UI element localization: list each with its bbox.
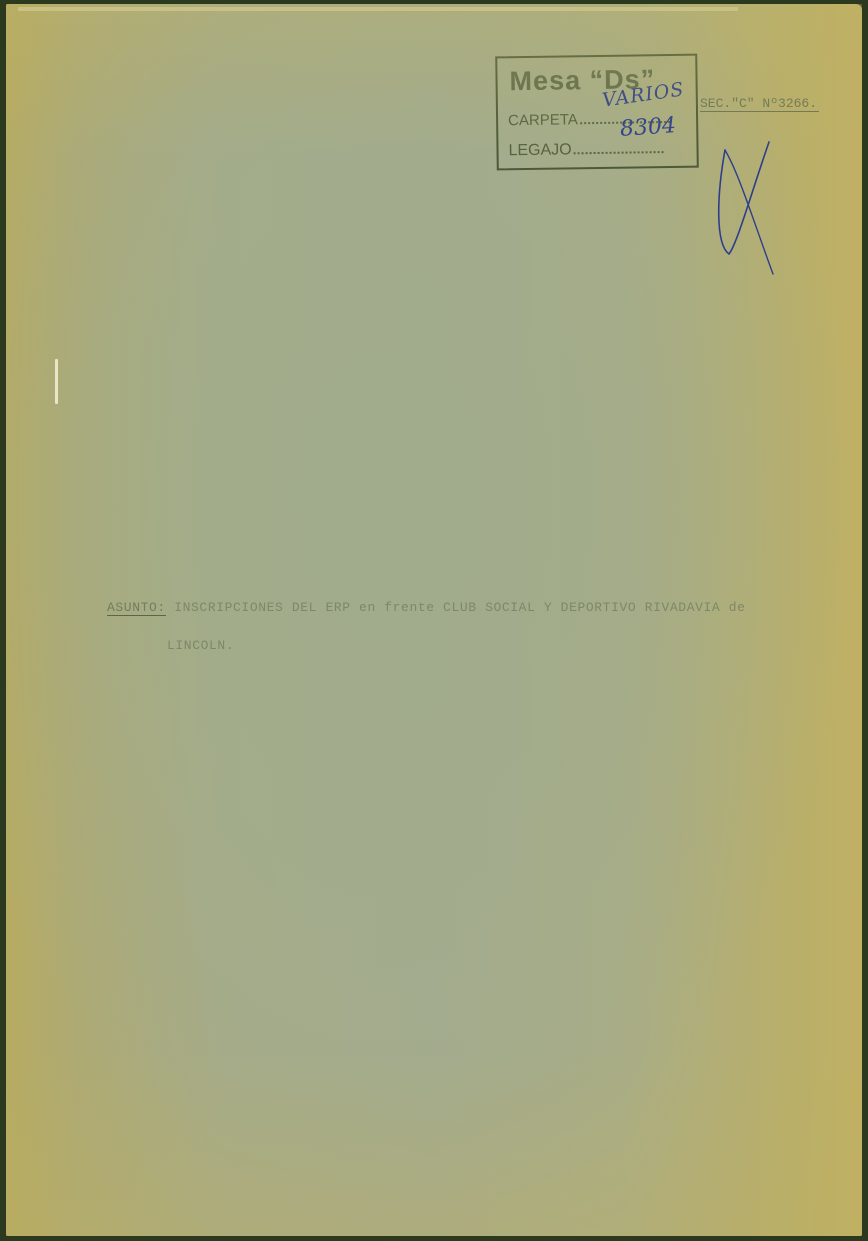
section-reference: SEC."C" Nº3266.: [700, 96, 819, 112]
subject-line-2: LINCOLN.: [107, 627, 827, 665]
legajo-dotted-line: [574, 151, 664, 154]
subject-block: ASUNTO: INSCRIPCIONES DEL ERP en frente …: [107, 589, 827, 665]
cross-mark-icon: [711, 134, 781, 284]
stamp-carpeta-label: CARPETA: [508, 111, 578, 129]
paper-tear-mark: [55, 359, 58, 404]
paper-top-edge: [18, 7, 738, 11]
stamp-legajo-label: LEGAJO: [508, 141, 571, 159]
subject-label: ASUNTO:: [107, 600, 166, 616]
handwritten-legajo-value: 8304: [619, 113, 677, 142]
folder-cover: Mesa “Ds” CARPETA LEGAJO VARIOS 8304 SEC…: [6, 4, 862, 1236]
stamp-legajo-line: LEGAJO: [508, 140, 663, 160]
subject-line-1: INSCRIPCIONES DEL ERP en frente CLUB SOC…: [174, 600, 745, 615]
archive-stamp: Mesa “Ds” CARPETA LEGAJO: [495, 54, 699, 171]
